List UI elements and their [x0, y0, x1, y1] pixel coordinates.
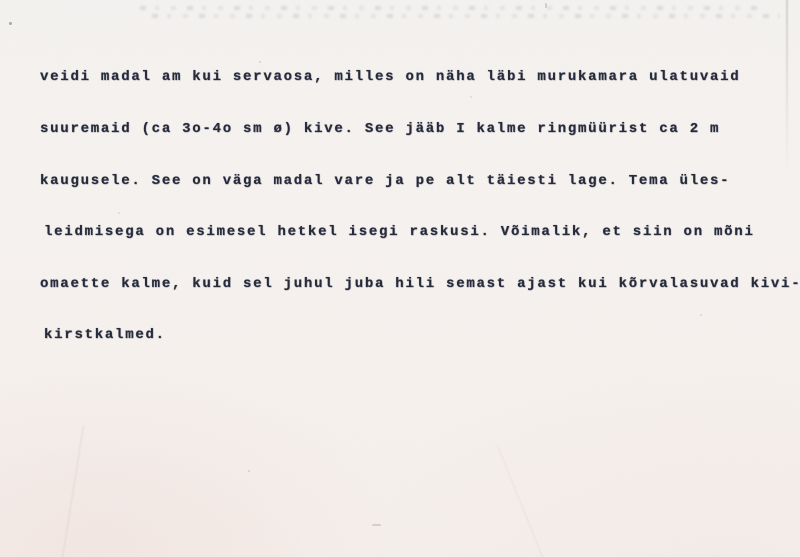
- ink-speck: [372, 524, 381, 526]
- bleed-through-mark-row-1: [140, 6, 760, 10]
- typewritten-paragraph: veidi madal am kui servaosa, milles on n…: [40, 35, 800, 379]
- ink-speck: [248, 470, 250, 472]
- bleed-through-mark-row-2: [152, 14, 780, 18]
- text-line-5: omaette kalme, kuid sel juhul juba hili …: [40, 276, 800, 293]
- paper-crease-bottom-left: [61, 426, 84, 557]
- text-line-4: leidmisega on esimesel hetkel isegi rask…: [40, 224, 800, 241]
- text-line-2: suuremaid (ca 3o-4o sm ø) kive. See jääb…: [40, 121, 800, 138]
- ink-speck: [9, 22, 12, 25]
- scanned-document-card: veidi madal am kui servaosa, milles on n…: [0, 0, 800, 557]
- text-line-6: kirstkalmed.: [40, 327, 800, 344]
- paper-scratch-bottom-center: [497, 444, 545, 557]
- text-line-3: kaugusele. See on väga madal vare ja pe …: [40, 173, 800, 190]
- text-line-1: veidi madal am kui servaosa, milles on n…: [40, 69, 800, 86]
- ink-speck: [545, 3, 547, 8]
